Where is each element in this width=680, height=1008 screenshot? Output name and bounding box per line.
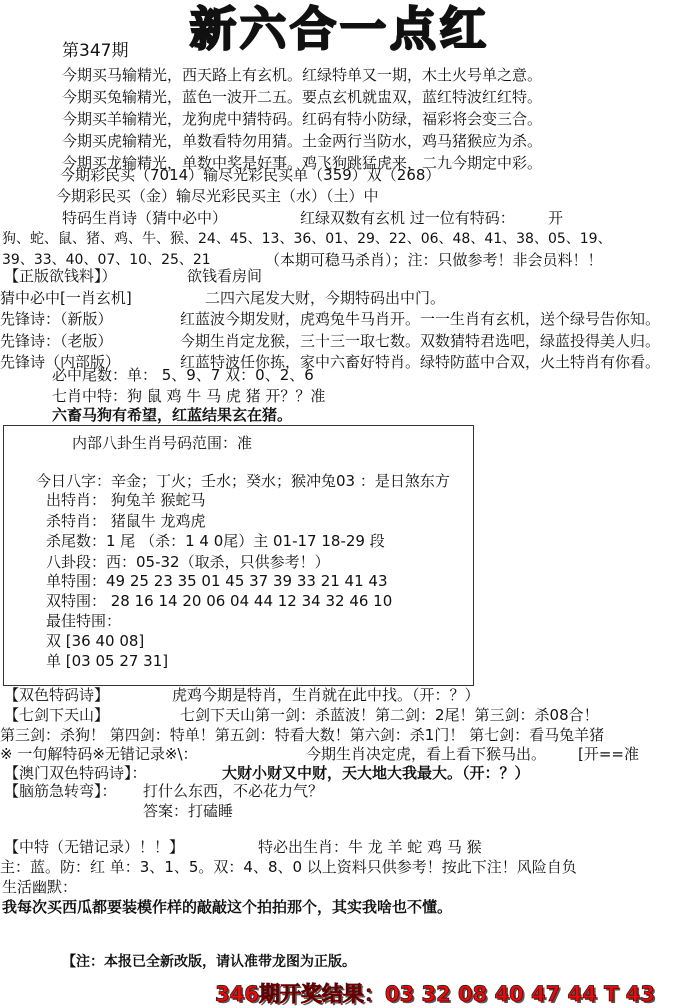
box-even-range: 双特围： 28 16 14 20 06 04 44 12 34 32 46 10: [46, 592, 392, 610]
box-best-even: 双 [36 40 08]: [46, 632, 144, 650]
draw-result: 346期开奖结果：03 32 08 40 47 44 T 43: [215, 978, 655, 1008]
box-odd-range: 单特围：49 25 23 35 01 45 37 39 33 21 41 43: [46, 572, 388, 590]
section-label: 先锋诗：（新版）: [0, 310, 113, 328]
newspaper-title: 新六合一点红: [190, 2, 490, 56]
color-poem-label: 【双色特码诗】: [4, 686, 109, 704]
macau-label: 【澳门双色特码诗】：: [4, 764, 147, 782]
footer-note: 【注：本报已全新改版，请认准带龙图为正版。: [62, 951, 356, 971]
numbers-note: （本期可稳马杀肖）；注：只做参考！非会员料！！: [265, 251, 603, 269]
issue-number: 第347期: [62, 36, 128, 61]
box-bazi: 今日八字：辛金；丁火；壬水；癸水；猴冲兔03 ：是日煞东方: [36, 472, 450, 490]
lottery-line: 今期彩民买（7014）输尽光彩民买单（359）双（268）: [60, 166, 440, 184]
box-best-label: 最佳特围：: [46, 612, 121, 630]
section-label: 先锋诗：（老版）: [0, 332, 113, 350]
hit-text: 特必出生肖：牛 龙 羊 蛇 鸡 马 猴: [258, 838, 482, 856]
color-poem-text: 虎鸡今期是特肖，生肖就在此中找。（开：？）: [172, 686, 480, 704]
one-line-text: 今期生肖决定虎，看上看下猴马出。: [306, 745, 546, 763]
hit-label: 【中特（无错记录）！！】: [4, 838, 184, 856]
section-text: 欲钱看房间: [187, 267, 262, 285]
humor-text: 我每次买西瓜都要装模作样的敲敲这个拍拍那个，其实我啥也不懂。: [2, 898, 452, 916]
special-poem-open: 开: [548, 209, 563, 227]
numbers-line: 狗、蛇、鼠、猪、鸡、牛、猴、24、45、13、36、01、29、22、06、48…: [2, 230, 612, 248]
box-kill-tail: 杀尾数：1 尾 （杀：1 4 0尾）主 01-17 18-29 段: [46, 532, 385, 550]
seven-zodiac: 七肖中特：狗 鼠 鸡 牛 马 虎 猪 开？？准: [52, 387, 325, 405]
section-text: 二四六尾发大财，今期特码出中门。: [205, 289, 445, 307]
main-line: 主：蓝。防：红 单：3、1、5。双：4、8、0 以上资料只供参考！按此下注！风险…: [0, 858, 577, 876]
box-title: 内部八卦生肖号码范围：准: [72, 434, 252, 452]
riddle-answer: 答案：打磕睡: [143, 802, 233, 820]
seven-swords-label: 【七剑下天山】: [4, 706, 109, 724]
box-kill-zodiac: 杀特肖： 猪鼠牛 龙鸡虎: [46, 512, 206, 530]
special-poem-text: 红绿双数有玄机 过一位有特码：: [300, 209, 515, 227]
macau-text: 大财小财又中财，天大地大我最大。（开：？）: [222, 764, 530, 782]
riddle-question: 打什么东西，不必花力气？: [143, 782, 323, 800]
six-animals: 六畜马狗有希望，红蓝结果玄在猪。: [52, 406, 292, 424]
poem-line: 今期买羊输精光，龙狗虎中猜特码。红码有特小防绿，福彩将会变三合。: [62, 110, 542, 128]
bagua-box: 内部八卦生肖号码范围：准 今日八字：辛金；丁火；壬水；癸水；猴冲兔03 ：是日煞…: [3, 425, 474, 686]
humor-label: 生活幽默：: [2, 878, 77, 896]
box-bagua: 八卦段：西：05-32（取杀，只供参考！）: [46, 553, 330, 571]
seven-swords-text-2: 第三剑：杀狗！ 第四剑：特单！第五剑：特看大数！第六剑：杀1门！ 第七剑：看马兔…: [0, 726, 604, 744]
box-best-odd: 单 [03 05 27 31]: [46, 652, 168, 670]
one-line-open: [开==准: [578, 745, 639, 763]
special-poem-label: 特码生肖诗（猜中必中）: [62, 209, 227, 227]
poem-line: 今期买虎输精光，单数看特勿用猜。土金两行当防水，鸡马猪猴应为杀。: [62, 132, 542, 150]
box-out-zodiac: 出特肖： 狗兔羊 猴蛇马: [46, 491, 206, 509]
one-line-label: ※ 一句解特码※无错记录※\：: [0, 745, 198, 763]
poem-line: 今期买马输精光，西天路上有玄机。红绿特单又一期，木土火号单之意。: [62, 66, 542, 84]
section-text: 今期生肖定龙猴，三十三一取七数。双数猜特君选吧，绿蓝投得美人归。: [180, 332, 660, 350]
must-tails: 必中尾数：单： 5、9、7 双：0、2、6: [52, 366, 314, 384]
seven-swords-text: 七剑下天山第一剑：杀蓝波！第二剑：2尾！第三剑：杀08合！: [180, 706, 599, 724]
section-label: 【正版欲钱料】）: [4, 267, 117, 285]
lottery-line: 今期彩民买（金）输尽光彩民买主（水）（土）中: [56, 187, 379, 205]
riddle-label: 【脑筋急转弯】：: [4, 782, 117, 800]
section-text: 红蓝波今期发财，虎鸡兔牛马肖开。一一生肖有玄机，送个绿号告你知。: [180, 310, 660, 328]
section-label: 猜中必中[一肖玄机]: [0, 289, 132, 307]
poem-line: 今期买兔输精光，蓝色一波开二五。要点玄机就盅双，蓝红特波红红特。: [62, 88, 542, 106]
